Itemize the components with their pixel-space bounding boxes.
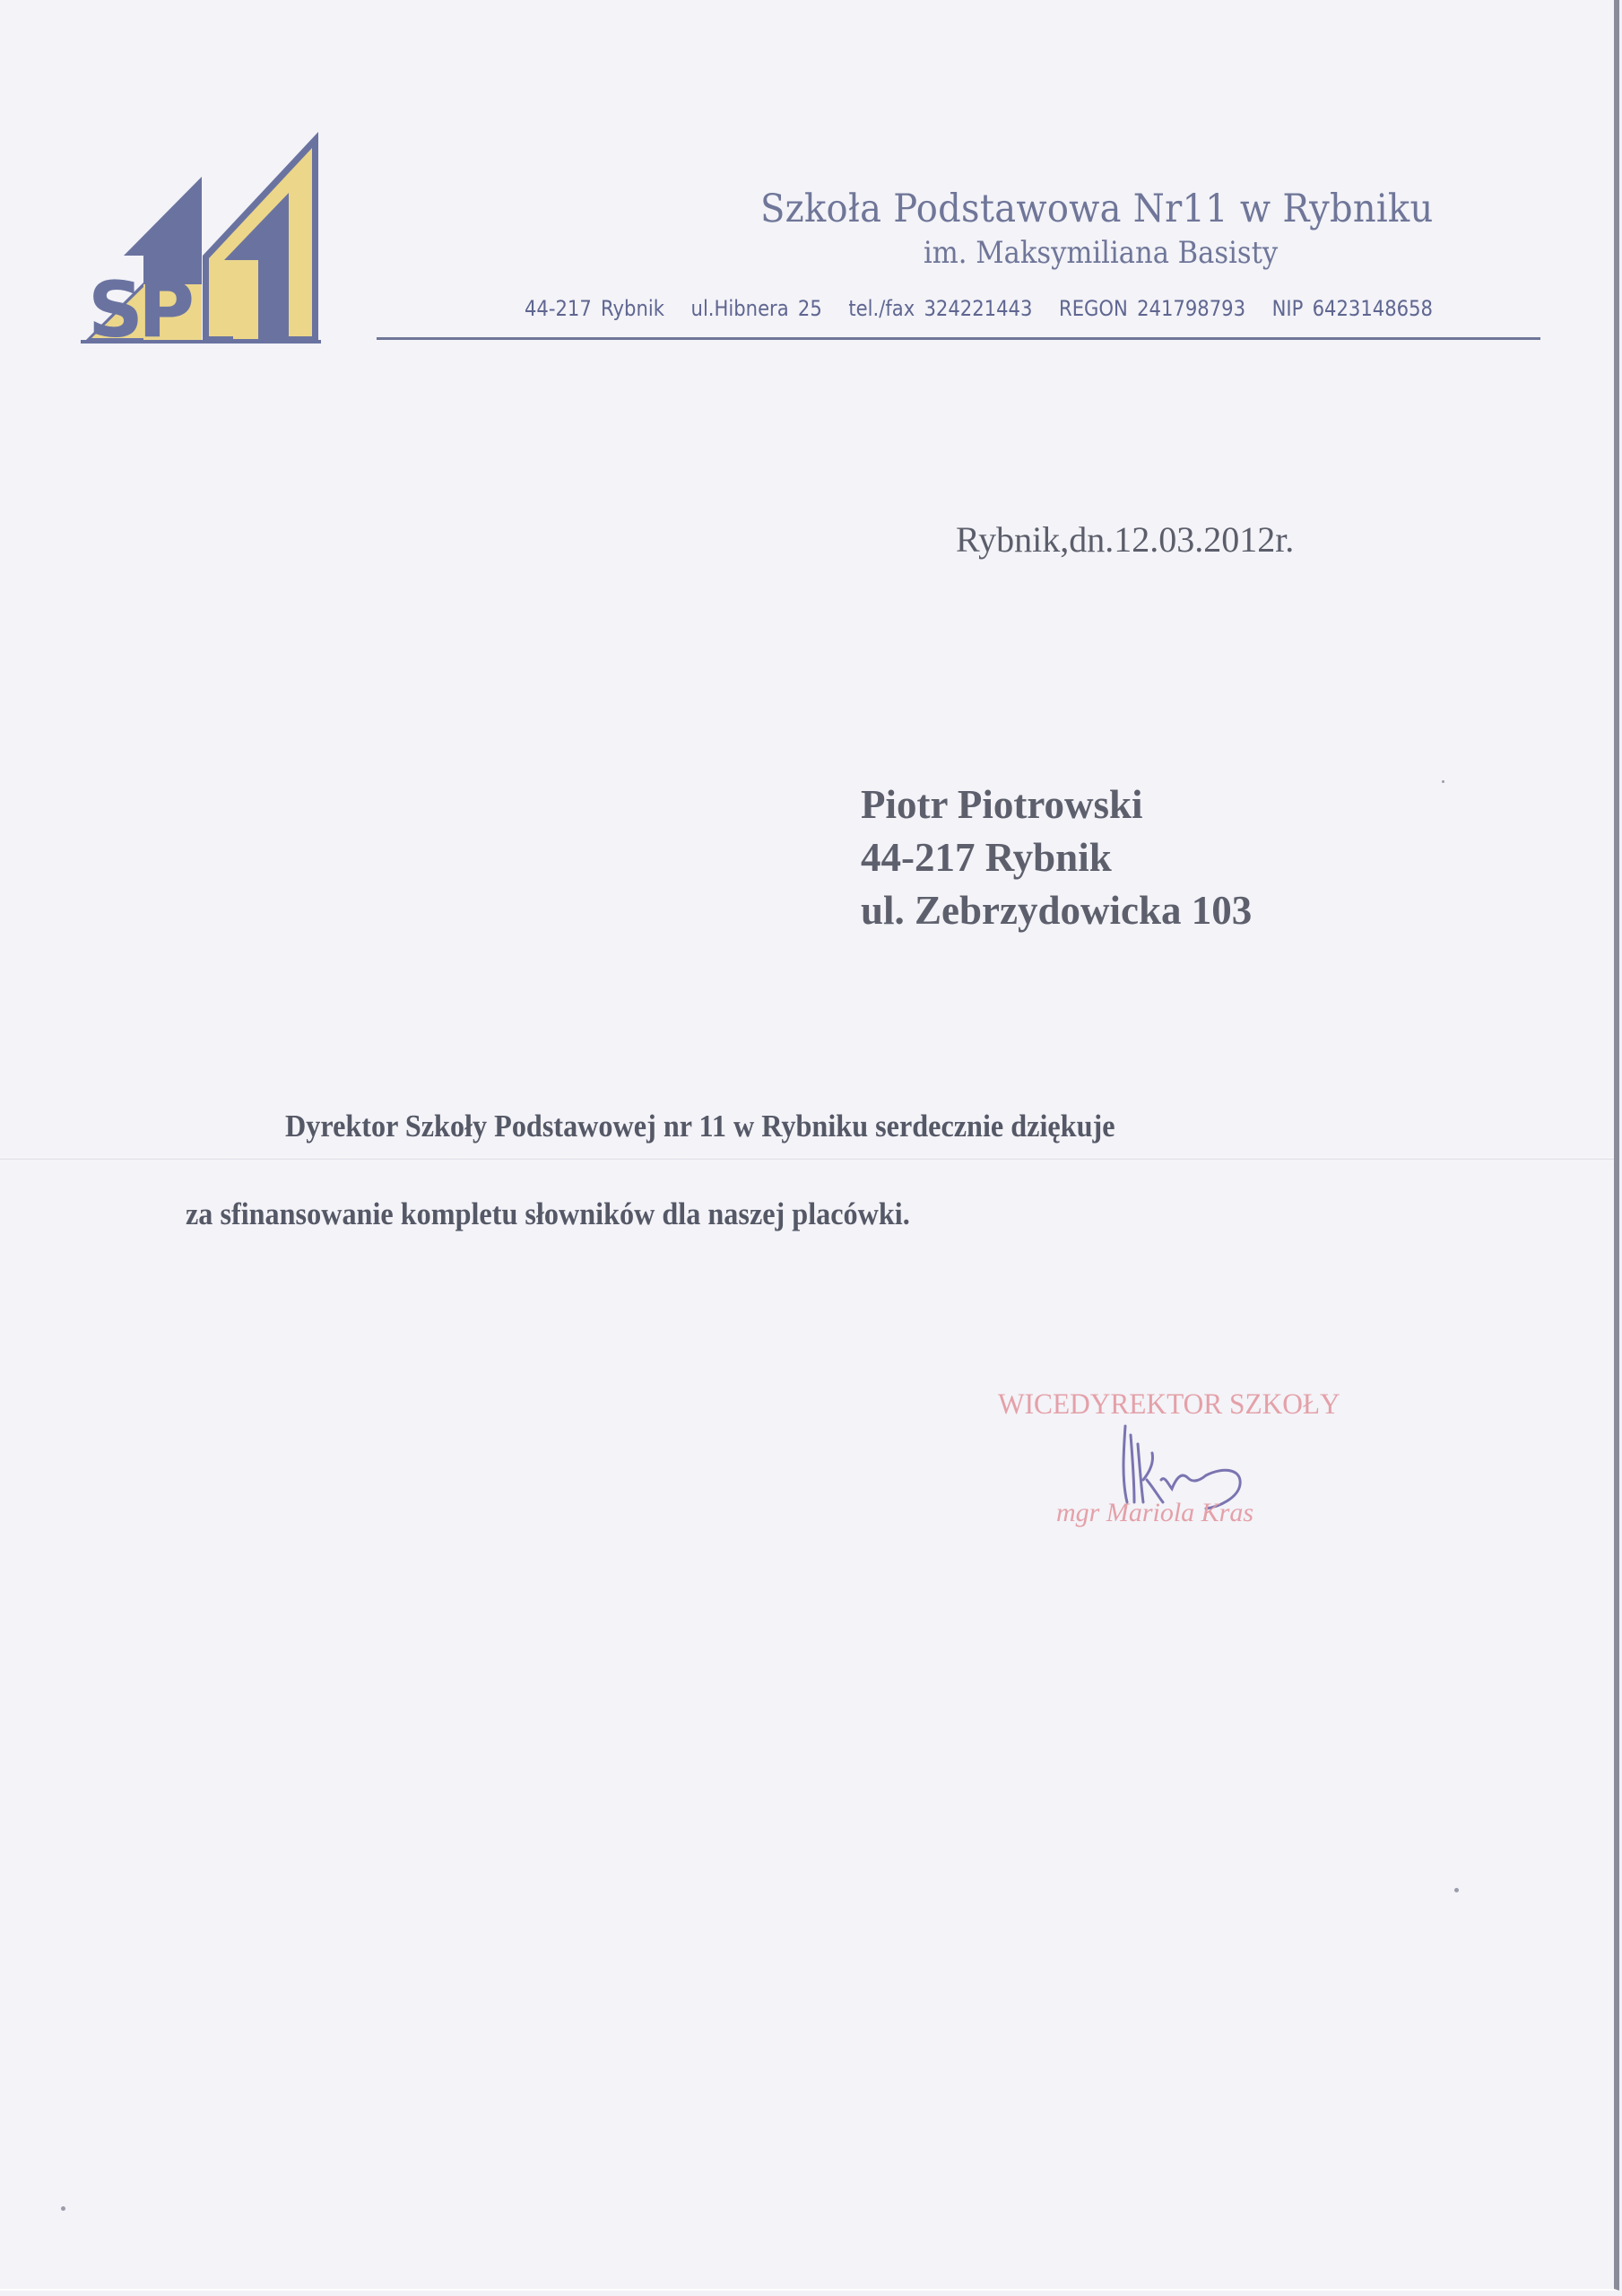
recipient-street: ul. Zebrzydowicka 103 (861, 884, 1252, 937)
letter-page: SP Szkoła Podstawowa Nr11 w Rybniku im. … (0, 0, 1619, 2291)
sp11-logo-icon: SP (81, 76, 341, 345)
contact-postal: 44-217 Rybnik (525, 296, 664, 321)
contact-phone: tel./fax 324221443 (848, 296, 1032, 321)
school-patron: im. Maksymiliana Basisty (924, 235, 1278, 271)
contact-regon: REGON 241798793 (1059, 296, 1245, 321)
recipient-city: 44-217 Rybnik (861, 831, 1252, 884)
recipient-address: Piotr Piotrowski 44-217 Rybnik ul. Zebrz… (861, 778, 1252, 937)
contact-nip: NIP 6423148658 (1272, 296, 1433, 321)
letter-date: Rybnik,dn.12.03.2012r. (956, 518, 1294, 561)
scan-speck (1454, 1888, 1459, 1892)
header-divider (377, 337, 1540, 340)
school-name: Szkoła Podstawowa Nr11 w Rybniku (760, 187, 1433, 231)
school-contact-line: 44-217 Rybnik ul.Hibnera 25 tel./fax 324… (525, 296, 1450, 321)
recipient-name: Piotr Piotrowski (861, 778, 1252, 831)
scan-speck (61, 2206, 65, 2211)
contact-street: ul.Hibnera 25 (691, 296, 822, 321)
stamp-signatory-name: mgr Mariola Kras (1056, 1498, 1253, 1528)
paper-fold-line (0, 1157, 1614, 1160)
letter-body-line-1: Dyrektor Szkoły Podstawowej nr 11 w Rybn… (285, 1109, 1115, 1144)
svg-text:SP: SP (88, 265, 192, 345)
letter-body-line-2: za sfinansowanie kompletu słowników dla … (186, 1196, 910, 1232)
scan-speck (1442, 780, 1444, 783)
